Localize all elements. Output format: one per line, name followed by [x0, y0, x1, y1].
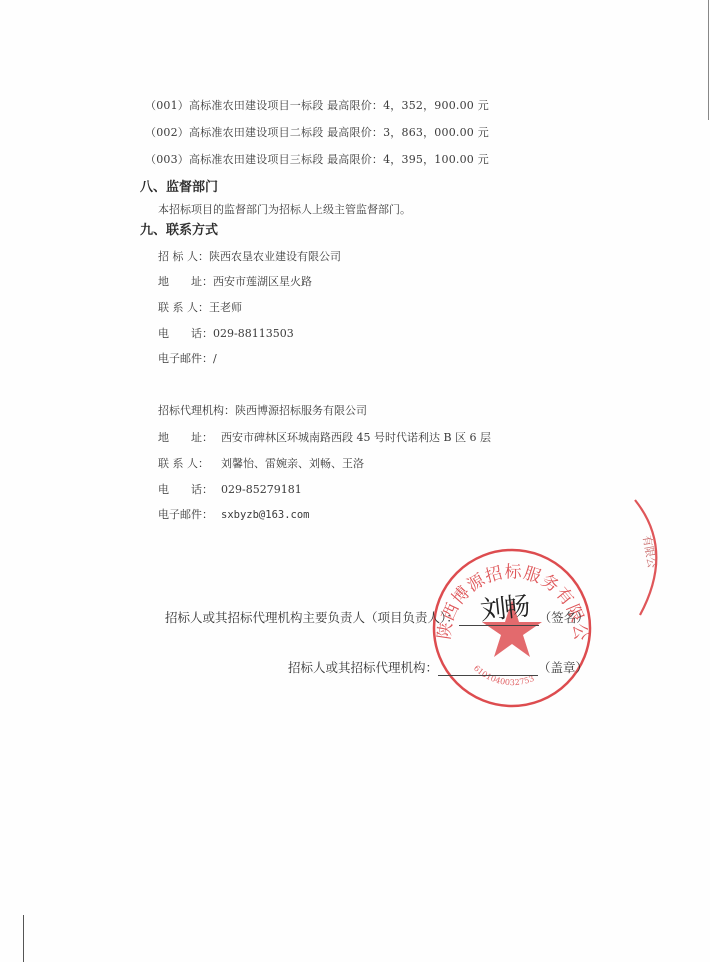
org-seal-row: 招标人或其招标代理机构：（盖章）: [288, 658, 588, 676]
tenderer-contact-row: 联 系 人：王老师: [158, 299, 242, 315]
tenderer-address-row: 地 址：西安市莲湖区星火路: [158, 273, 312, 289]
principal-label: 招标人或其招标代理机构主要负责人（项目负责人）：: [165, 610, 459, 625]
section-8-text: 本招标项目的监督部门为招标人上级主管监督部门。: [158, 201, 411, 217]
section-name: 高标准农田建设项目一标段: [189, 99, 323, 112]
org-suffix: （盖章）: [538, 660, 588, 675]
agency-contact-row: 联 系 人：刘馨怡、雷婉亲、刘畅、王洛: [158, 455, 364, 471]
agency-phone-row: 电 话：029-85279181: [158, 481, 302, 497]
tenderer-contact: 王老师: [209, 299, 242, 315]
partial-stamp-icon: 有限公: [630, 490, 690, 620]
document-page: （001）高标准农田建设项目一标段 最高限价：4，352，900.00 元 （0…: [0, 0, 710, 962]
tenderer-name: 陕西农垦农业建设有限公司: [209, 248, 341, 264]
field-label: 地 址：: [158, 429, 221, 445]
field-label: 招 标 人：: [158, 248, 209, 264]
section-code: （001）: [145, 99, 189, 112]
tenderer-email: /: [213, 352, 217, 365]
field-label: 电 话：: [158, 325, 213, 341]
agency-name-row: 招标代理机构：陕西博源招标服务有限公司: [158, 402, 367, 418]
handwritten-signature: 刘畅: [478, 586, 530, 628]
bid-section-3: （003）高标准农田建设项目三标段 最高限价：4，395，100.00 元: [145, 151, 489, 167]
agency-contact: 刘馨怡、雷婉亲、刘畅、王洛: [221, 455, 364, 471]
field-label: 招标代理机构：: [158, 402, 235, 418]
agency-address-row: 地 址：西安市碑林区环城南路西段 45 号时代诺利达 B 区 6 层: [158, 429, 491, 445]
section-8-heading: 八、监督部门: [140, 176, 218, 195]
tenderer-phone-row: 电 话：029-88113503: [158, 325, 294, 341]
seal-line: [438, 663, 538, 676]
price-label: 最高限价：: [327, 153, 383, 166]
section-code: （003）: [145, 153, 189, 166]
field-label: 电 话：: [158, 481, 221, 497]
section-name: 高标准农田建设项目三标段: [189, 153, 323, 166]
tenderer-name-row: 招 标 人：陕西农垦农业建设有限公司: [158, 248, 341, 264]
field-label: 电子邮件：: [158, 350, 213, 366]
partial-stamp-text: 有限公: [640, 534, 659, 569]
field-label: 地 址：: [158, 273, 213, 289]
section-name: 高标准农田建设项目二标段: [189, 126, 323, 139]
agency-name: 陕西博源招标服务有限公司: [235, 402, 367, 418]
section-code: （002）: [145, 126, 189, 139]
agency-phone: 029-85279181: [221, 483, 302, 496]
price-value: 3，863，000.00 元: [383, 126, 489, 139]
price-label: 最高限价：: [327, 99, 383, 112]
agency-email: sxbyzb@163.com: [221, 509, 310, 521]
principal-suffix: （签名）: [539, 610, 589, 625]
field-label: 联 系 人：: [158, 299, 209, 315]
tenderer-phone: 029-88113503: [213, 327, 294, 340]
agency-email-row: 电子邮件：sxbyzb@163.com: [158, 506, 310, 522]
bid-section-2: （002）高标准农田建设项目二标段 最高限价：3，863，000.00 元: [145, 124, 489, 140]
price-label: 最高限价：: [327, 126, 383, 139]
tenderer-email-row: 电子邮件：/: [158, 350, 217, 366]
org-label: 招标人或其招标代理机构：: [288, 660, 438, 675]
tenderer-address: 西安市莲湖区星火路: [213, 273, 312, 289]
price-value: 4，395，100.00 元: [383, 153, 489, 166]
bid-section-1: （001）高标准农田建设项目一标段 最高限价：4，352，900.00 元: [145, 97, 489, 113]
price-value: 4，352，900.00 元: [383, 99, 489, 112]
scan-edge: [23, 915, 24, 962]
field-label: 电子邮件：: [158, 506, 221, 522]
scan-edge: [708, 0, 709, 120]
field-label: 联 系 人：: [158, 455, 221, 471]
section-9-heading: 九、联系方式: [140, 219, 218, 238]
official-seal-icon: 陕西博源招标服务有限公司 6101040032753: [425, 540, 600, 715]
agency-address: 西安市碑林区环城南路西段 45 号时代诺利达 B 区 6 层: [221, 429, 491, 445]
